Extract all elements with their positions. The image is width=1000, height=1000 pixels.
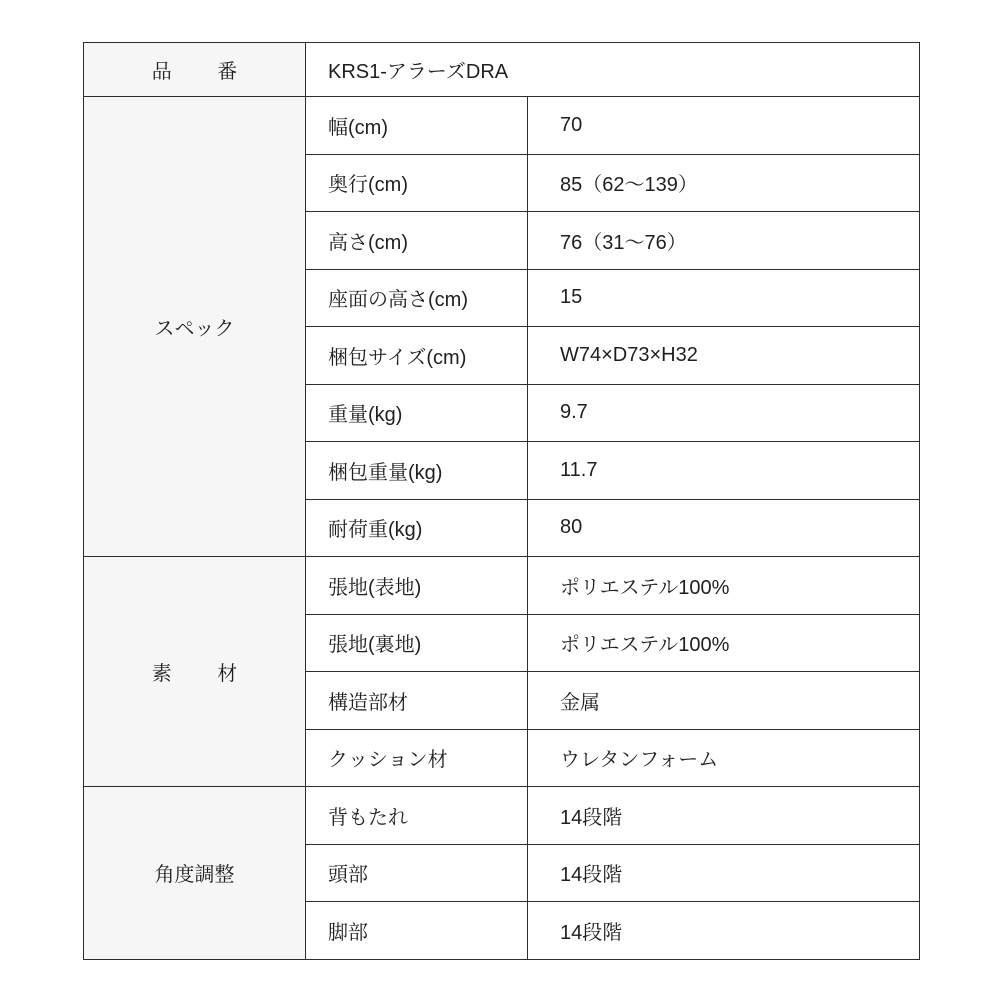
row-value: 85（62〜139） [528,154,920,212]
product-spec-table: 品 番 KRS1-アラーズDRA スペック 幅(cm) 70 奥行(cm) 85… [83,42,920,960]
row-value: ウレタンフォーム [528,729,920,787]
row-value: ポリエステル100% [528,557,920,615]
section-label-material: 素 材 [84,557,306,787]
row-value: 14段階 [528,787,920,845]
row-value: 14段階 [528,902,920,960]
row-label: 張地(表地) [306,557,528,615]
row-value: 76（31〜76） [528,212,920,270]
item-number-value: KRS1-アラーズDRA [306,43,920,97]
table-row-item-number: 品 番 KRS1-アラーズDRA [84,43,920,97]
row-value: 15 [528,269,920,327]
row-label: 座面の高さ(cm) [306,269,528,327]
table-row: 角度調整 背もたれ 14段階 [84,787,920,845]
table-row: スペック 幅(cm) 70 [84,97,920,155]
row-label: 頭部 [306,844,528,902]
row-label: 梱包サイズ(cm) [306,327,528,385]
section-label-spec: スペック [84,97,306,557]
section-label-angle-adjustment: 角度調整 [84,787,306,960]
row-value: 9.7 [528,384,920,442]
row-value: ポリエステル100% [528,614,920,672]
row-value: 80 [528,499,920,557]
row-value: 14段階 [528,844,920,902]
row-value: 70 [528,97,920,155]
row-label: 重量(kg) [306,384,528,442]
row-value: 金属 [528,672,920,730]
row-label: 脚部 [306,902,528,960]
row-value: 11.7 [528,442,920,500]
row-label: 張地(裏地) [306,614,528,672]
row-label: 背もたれ [306,787,528,845]
row-label: 梱包重量(kg) [306,442,528,500]
page: 品 番 KRS1-アラーズDRA スペック 幅(cm) 70 奥行(cm) 85… [0,0,1000,1000]
table-row: 素 材 張地(表地) ポリエステル100% [84,557,920,615]
row-label: 高さ(cm) [306,212,528,270]
item-number-label: 品 番 [84,43,306,97]
row-label: クッション材 [306,729,528,787]
row-label: 耐荷重(kg) [306,499,528,557]
row-label: 奥行(cm) [306,154,528,212]
row-label: 構造部材 [306,672,528,730]
row-value: W74×D73×H32 [528,327,920,385]
row-label: 幅(cm) [306,97,528,155]
